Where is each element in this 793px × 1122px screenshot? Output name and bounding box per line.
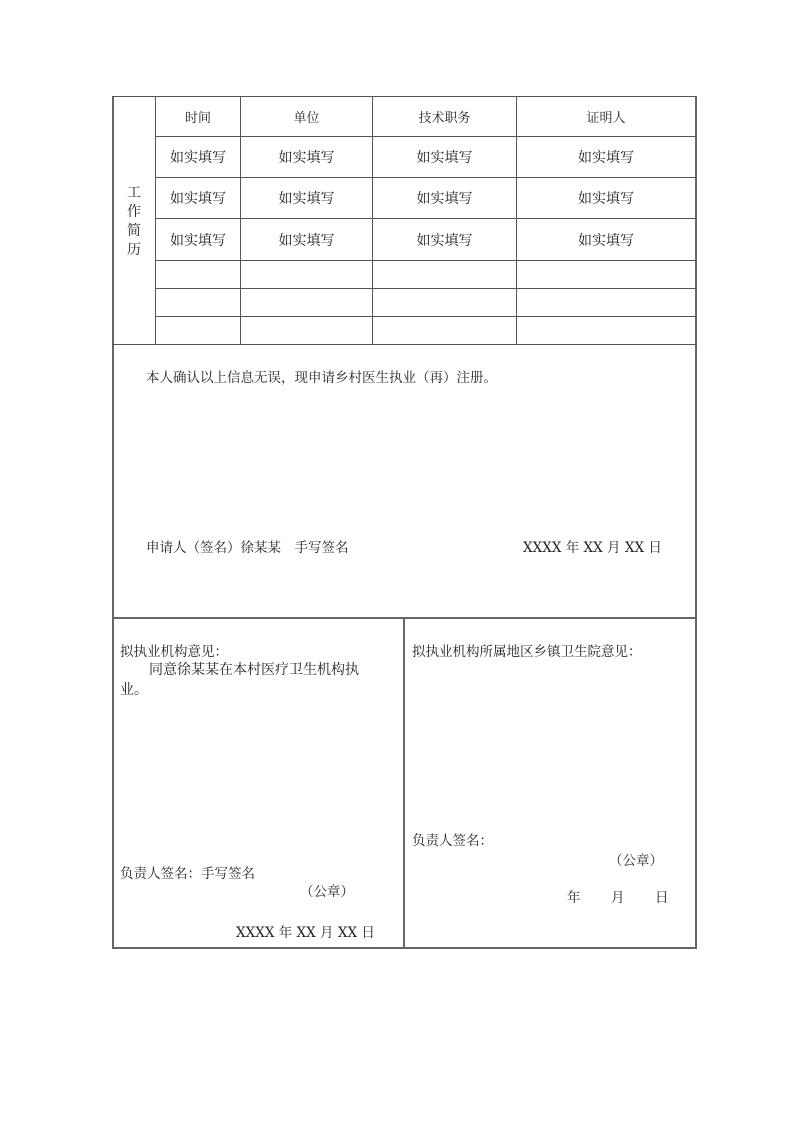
cell-unit[interactable]: 如实填写 bbox=[241, 219, 372, 260]
header-witness: 证明人 bbox=[517, 97, 695, 136]
cell-witness[interactable]: 如实填写 bbox=[517, 178, 695, 218]
cell-time[interactable] bbox=[156, 317, 240, 344]
cell-time[interactable]: 如实填写 bbox=[156, 137, 240, 177]
institution-signer[interactable]: 负责人签名：手写签名 bbox=[120, 862, 255, 882]
header-time: 时间 bbox=[156, 97, 240, 136]
cell-position[interactable]: 如实填写 bbox=[373, 178, 516, 218]
institution-opinion-content-line2: 业。 bbox=[120, 679, 148, 699]
township-opinion-title: 拟执业机构所属地区乡镇卫生院意见： bbox=[412, 640, 642, 660]
township-date-year[interactable]: 年 bbox=[567, 886, 581, 906]
institution-opinion-content-line1: 同意徐某某在本村医疗卫生机构执 bbox=[149, 659, 359, 679]
side-label-char: 简 bbox=[124, 222, 144, 240]
cell-witness[interactable]: 如实填写 bbox=[517, 219, 695, 260]
township-date-day[interactable]: 日 bbox=[655, 886, 669, 906]
header-position: 技术职务 bbox=[373, 97, 516, 136]
cell-unit[interactable] bbox=[241, 261, 372, 288]
applicant-signature[interactable]: 申请人（签名）徐某某 手写签名 bbox=[146, 536, 349, 556]
cell-position[interactable] bbox=[373, 261, 516, 288]
table-border-left bbox=[112, 96, 114, 949]
declaration-statement: 本人确认以上信息无误，现申请乡村医生执业（再）注册。 bbox=[146, 366, 497, 386]
cell-time[interactable] bbox=[156, 261, 240, 288]
township-seal: （公章） bbox=[609, 849, 663, 869]
cell-unit[interactable]: 如实填写 bbox=[241, 137, 372, 177]
cell-position[interactable] bbox=[373, 289, 516, 316]
cell-witness[interactable] bbox=[517, 289, 695, 316]
cell-position[interactable] bbox=[373, 317, 516, 344]
cell-witness[interactable] bbox=[517, 317, 695, 344]
cell-unit[interactable]: 如实填写 bbox=[241, 178, 372, 218]
cell-time[interactable]: 如实填写 bbox=[156, 178, 240, 218]
cell-position[interactable]: 如实填写 bbox=[373, 137, 516, 177]
declaration-date[interactable]: XXXX 年 XX 月 XX 日 bbox=[523, 536, 662, 556]
cell-unit[interactable] bbox=[241, 317, 372, 344]
side-label-char: 作 bbox=[124, 203, 144, 221]
institution-seal: （公章） bbox=[300, 880, 354, 900]
side-label-char: 工 bbox=[124, 184, 144, 202]
cell-witness[interactable]: 如实填写 bbox=[517, 137, 695, 177]
institution-opinion-title: 拟执业机构意见： bbox=[120, 640, 228, 660]
side-label-char: 历 bbox=[124, 241, 144, 259]
cell-witness[interactable] bbox=[517, 261, 695, 288]
institution-date[interactable]: XXXX 年 XX 月 XX 日 bbox=[236, 921, 375, 941]
section-divider-work-history bbox=[112, 344, 697, 345]
table-border-right bbox=[695, 96, 697, 949]
opinion-divider bbox=[403, 618, 405, 948]
cell-time[interactable]: 如实填写 bbox=[156, 219, 240, 260]
cell-position[interactable]: 如实填写 bbox=[373, 219, 516, 260]
township-date-month[interactable]: 月 bbox=[611, 886, 625, 906]
cell-time[interactable] bbox=[156, 289, 240, 316]
township-signer[interactable]: 负责人签名： bbox=[412, 829, 493, 849]
cell-unit[interactable] bbox=[241, 289, 372, 316]
header-unit: 单位 bbox=[241, 97, 372, 136]
